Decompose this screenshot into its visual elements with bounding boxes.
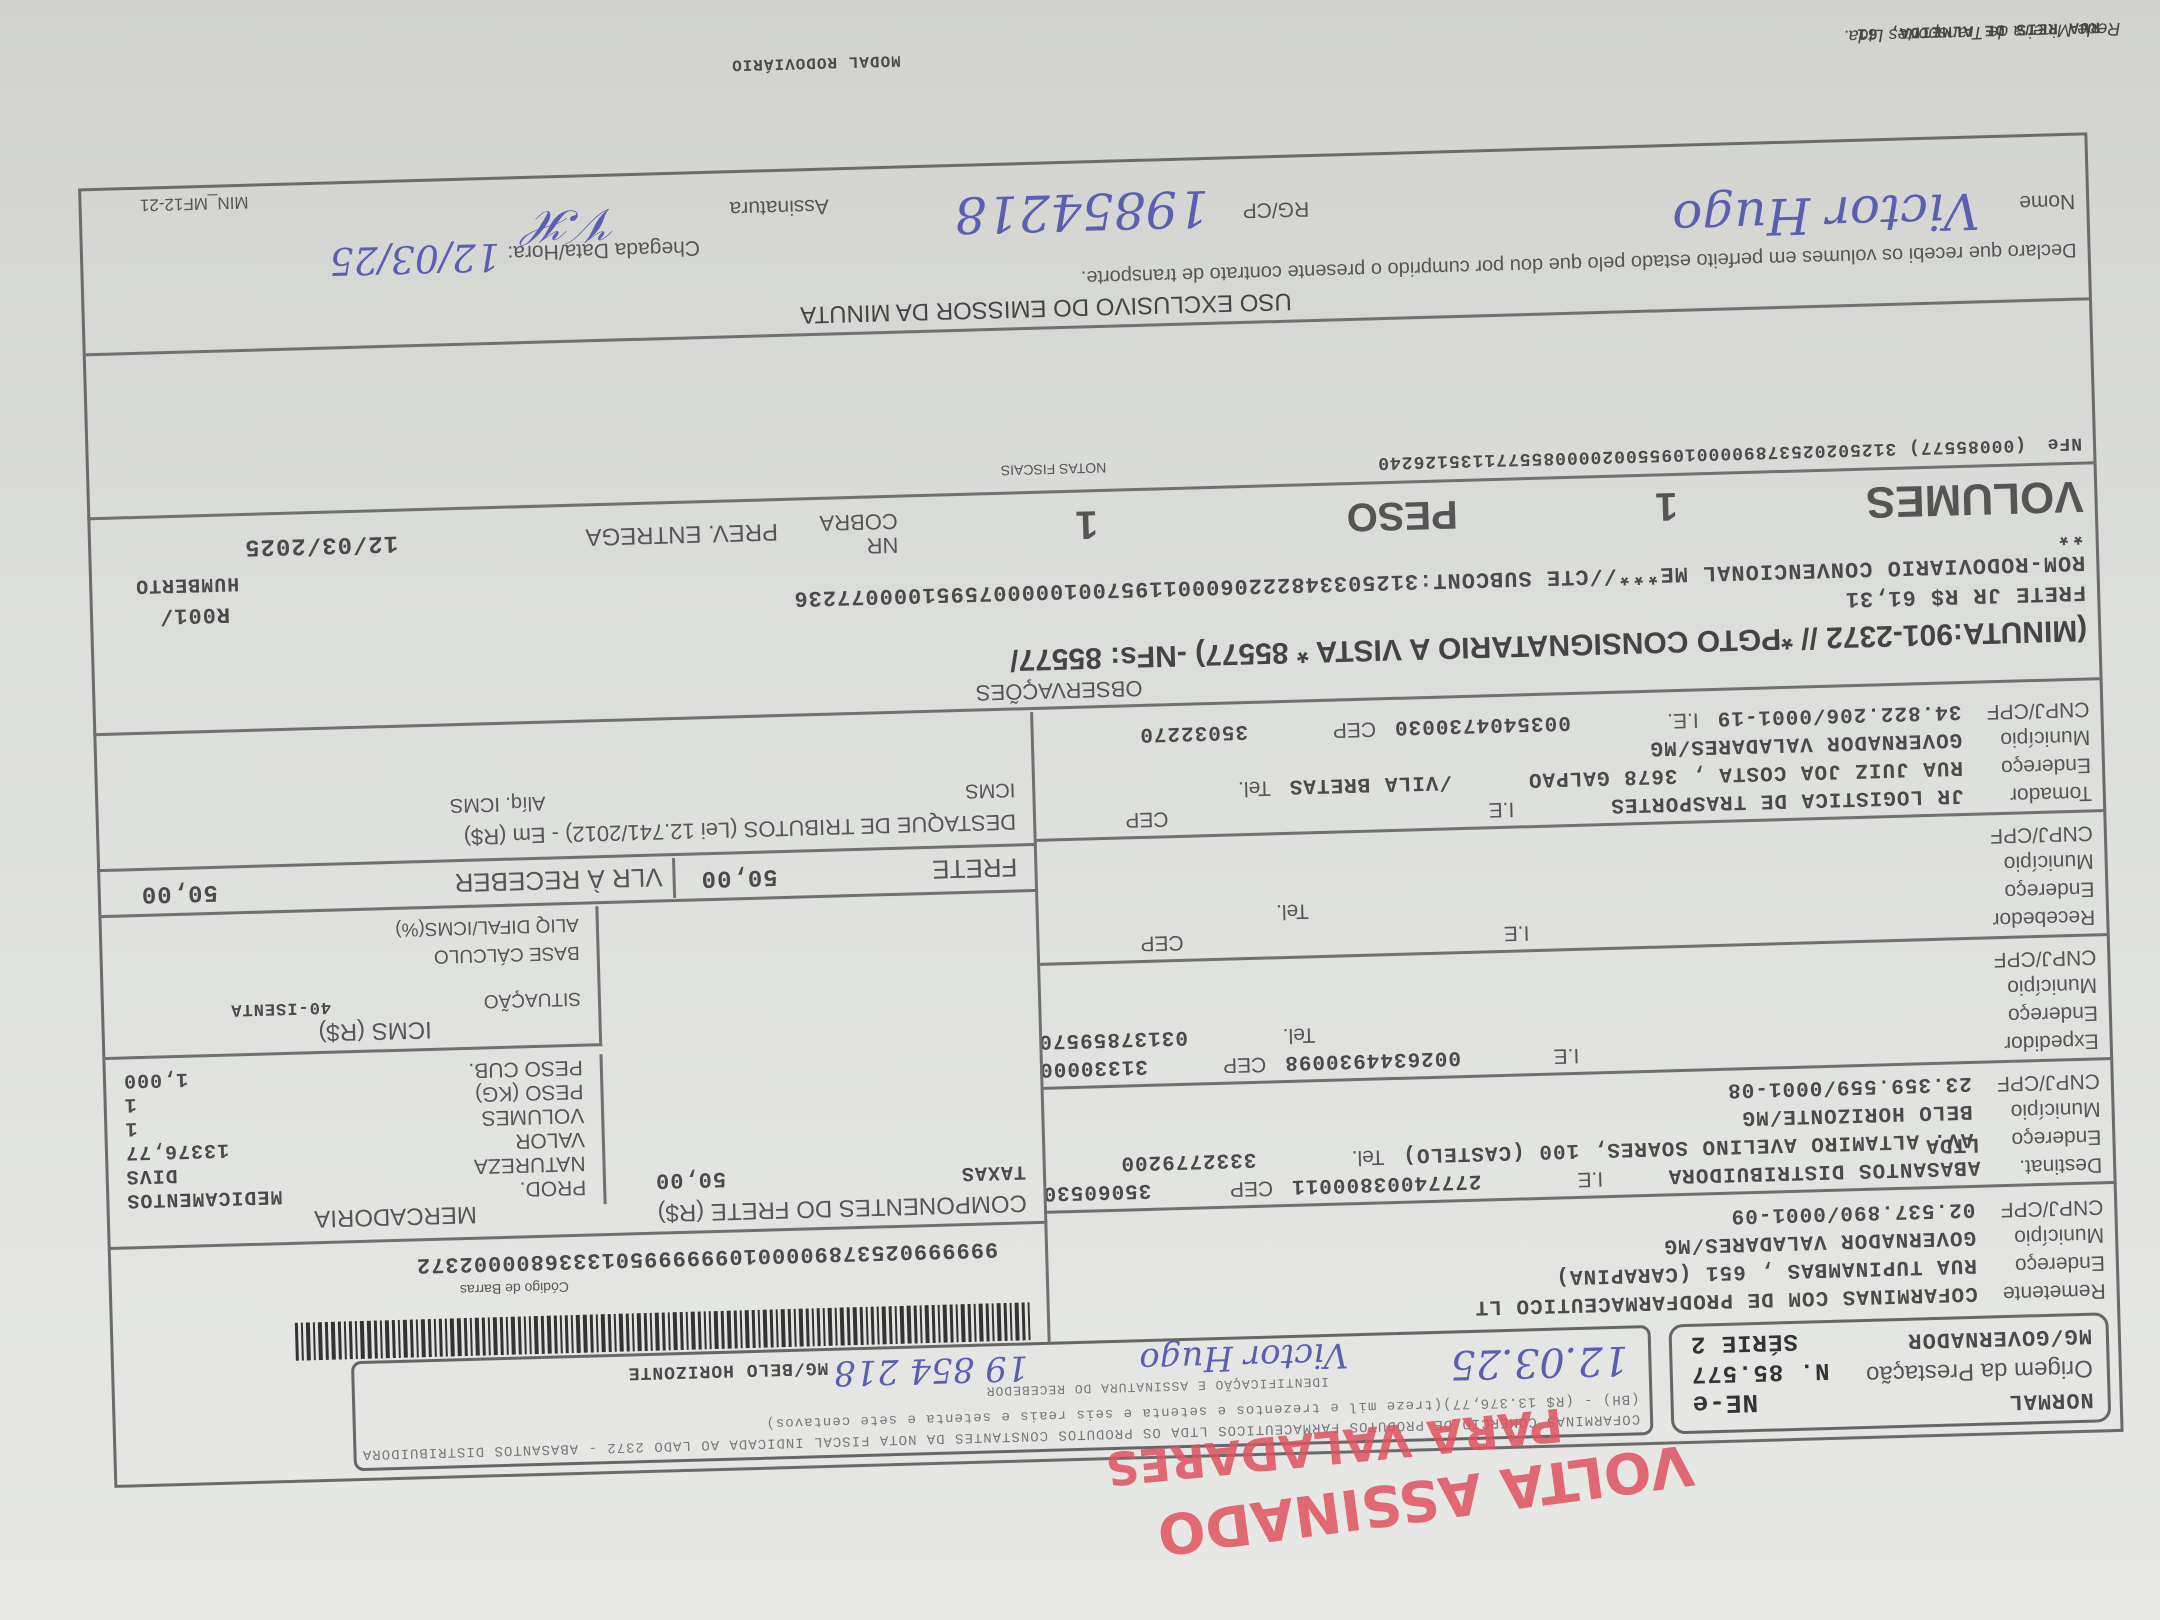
expedidor-ie: 0026344930098 [1284,1045,1461,1073]
situacao-label: SITUAÇÃO [483,987,581,1012]
mercadoria-value: 1,000 [123,1066,189,1092]
cobra-label: COBRA [819,508,898,536]
prev-entrega-label: PREV. ENTREGA [585,517,778,550]
rg-handwritten: 19854218 [954,179,1210,244]
signature-scribble: 𝒱ℋ [535,196,620,255]
volumes-label: VOLUMES [1865,471,2084,527]
mercadoria-value: 1 [124,1115,138,1139]
observacoes-line4: ** [2056,522,2085,548]
remetente-label: Remetente [1995,1278,2106,1305]
tomador-bairro: /VILA BRETAS [1288,769,1452,797]
mercadoria-label: PESO CUB. [468,1055,583,1082]
nr-label: NR [866,532,898,559]
destinatario-cep-label: CEP [1169,1175,1273,1202]
recebedor-tel-label: Tel. [1198,898,1309,925]
tomador-cnpj-label: CNPJ/CPF [1979,696,2090,723]
mercadoria-value: DIVS [125,1162,178,1187]
situacao-value: 40-ISENTA [230,997,331,1019]
destinatario-label: Destinat. [1998,1152,2102,1179]
driver-name: HUMBERTO [135,571,240,597]
expedidor-municipio-label: Município [1987,972,2098,999]
icms-label: ICMS [965,778,1016,802]
modal-rodoviario: MODAL RODOVIÁRIO [731,51,901,74]
nfe-label: NFe [2046,433,2082,454]
aliq-icms-label: Alíq. ICMS [450,791,546,817]
peso-value: 1 [1075,501,1098,547]
tomador-tel-label: Tel. [1160,775,1271,802]
nome-handwritten: Victor Hugo [1672,181,1981,248]
destinatario-endereco-label: Endereço [1991,1124,2102,1151]
nome-label: Nome [2019,189,2076,215]
tomador-ie2: 0035404730030 [1394,710,1571,738]
nfe-number: N. 85.577 [1690,1356,1829,1387]
destinatario-tel-label: Tel. [1274,1144,1385,1171]
expedidor-tel-label: Tel. [1206,1022,1316,1049]
assinatura-label: Assinatura [729,193,829,220]
company-logo: Rede Mineira de Transportes Ltda. [1843,18,2120,47]
observacoes-label: OBSERVAÇÕES [975,675,1142,706]
spacer [2113,1161,2116,1162]
mercadoria-label: VOLUMES [481,1103,584,1130]
taxas-label: TAXAS [961,1159,1027,1184]
remetente-endereco-label: Endereço [1995,1250,2106,1277]
vlr-receber-value: 50,00 [140,878,218,907]
destinatario-tel: 3332779200 [1120,1147,1257,1174]
handwritten-date: 12.03.25 [1450,1337,1629,1388]
nfe-number-box: NORMAL Origem da Prestação MG/GOVERNADOR… [1668,1312,2111,1434]
expedidor-cep-label: CEP [1165,1052,1266,1079]
destino-value: MG/BELO HORIZONTE [627,1357,828,1383]
recebedor-cnpj-label: CNPJ/CPF [1983,820,2094,847]
expedidor-tel: 03137859570 [1038,1025,1188,1052]
destinatario-cnpj: 23.359.559/0001-08 [1727,1071,1972,1101]
remetente-municipio-label: Município [1994,1222,2105,1249]
origem-value: MG/GOVERNADOR [1907,1323,2092,1353]
remetente-cnpj-label: CNPJ/CPF [1993,1194,2104,1221]
vlr-receber-label: VLR À RECEBER [454,861,663,898]
form-code: MIN_MF12-21 [140,192,249,215]
transport-minuta-form: NORMAL Origem da Prestação MG/GOVERNADOR… [76,72,2124,1508]
tomador-label: Tomador [1981,780,2092,807]
expedidor-cep: 31330000 [1039,1054,1148,1080]
icms-header: ICMS (R$) [318,1015,432,1046]
volumes-value: 1 [1655,483,1678,529]
handwritten-rg: 19 854 218 [833,1347,1029,1392]
remetente-cnpj: 02.537.890/0001-09 [1730,1197,1975,1227]
frete-label: FRETE [932,851,1018,884]
tomador-ie-label: I.E [1404,797,1515,824]
origem-label: Origem da Prestação [1866,1354,2093,1388]
mercadoria-label: VALOR [515,1127,585,1153]
recebedor-ie-label: I.E [1419,920,1530,947]
destinatario-municipio: BELO HORIZONTE/MG [1741,1099,1973,1128]
destinatario-cep: 35060530 [1042,1178,1151,1204]
mercadoria-table: PROD.MEDICAMENTOSNATUREZADIVSVALOR13376,… [123,1055,587,1212]
rg-label: RG/CP [1242,196,1309,222]
nfe-badge: NE-e [1691,1387,1758,1419]
notas-fiscais-label: NOTAS FISCAIS [1001,460,1107,479]
taxas-value: 50,00 [655,1166,727,1193]
expedidor-cnpj-label: CNPJ/CPF [1986,944,2097,971]
modal-normal: NORMAL [2008,1387,2094,1414]
tomador-municipio-label: Município [1980,724,2091,751]
mercadoria-label: PROD. [519,1175,586,1201]
mercadoria-label: NATUREZA [474,1151,586,1178]
expedidor-ie-label: I.E [1479,1043,1580,1070]
mercadoria-value: 1 [123,1091,137,1115]
prev-entrega-value: 12/03/2025 [244,529,399,560]
recebedor-label: Recebedor [1985,904,2096,931]
destinatario-ie-label: I.E [1499,1166,1603,1193]
recebedor-municipio-label: Município [1983,848,2094,875]
handwritten-name: Victor Hugo [1139,1334,1349,1380]
route-code: R001/ [159,601,231,628]
tomador-ie2-label: I.E. [1588,707,1699,734]
mercadoria-value: 13376,77 [125,1137,230,1164]
base-calculo-label: BASE CÁLCULO [434,941,580,967]
frete-value: 50,00 [700,862,778,891]
mercadoria-value: MEDICAMENTOS [126,1183,283,1211]
tomador-cnpj: 34.822.206/0001-19 [1716,699,1961,729]
recebedor-endereco-label: Endereço [1984,876,2095,903]
tomador-cep2: 35032270 [1139,719,1248,745]
expedidor-label: Expedidor [1998,1028,2099,1055]
recebedor-cep-label: CEP [1073,930,1184,957]
destinatario-cnpj-label: CNPJ/CPF [1989,1068,2100,1095]
second-copy-strip: RUA REIS DE ALMEIDA, 61 MODAL RODOVIÁRIO… [619,0,2120,81]
destinatario-municipio-label: Município [1990,1096,2101,1123]
barcode-label: Código de Barras [460,1279,569,1298]
tomador-endereco-label: Endereço [1981,752,2092,779]
tomador-cep-label: CEP [1058,806,1169,833]
destinatario-ie: 27774003800011 [1291,1169,1482,1197]
chegada-handwritten: 12/03/25 [329,235,501,284]
tomador-cep2-label: CEP [1266,716,1377,743]
expedidor-endereco-label: Endereço [1988,1000,2098,1027]
nfe-serie: SÉRIE 2 [1690,1327,1799,1357]
mercadoria-label: PESO (KG) [475,1079,584,1106]
photo-scene: NORMAL Origem da Prestação MG/GOVERNADOR… [0,0,2160,1620]
peso-label: PESO [1346,491,1458,539]
